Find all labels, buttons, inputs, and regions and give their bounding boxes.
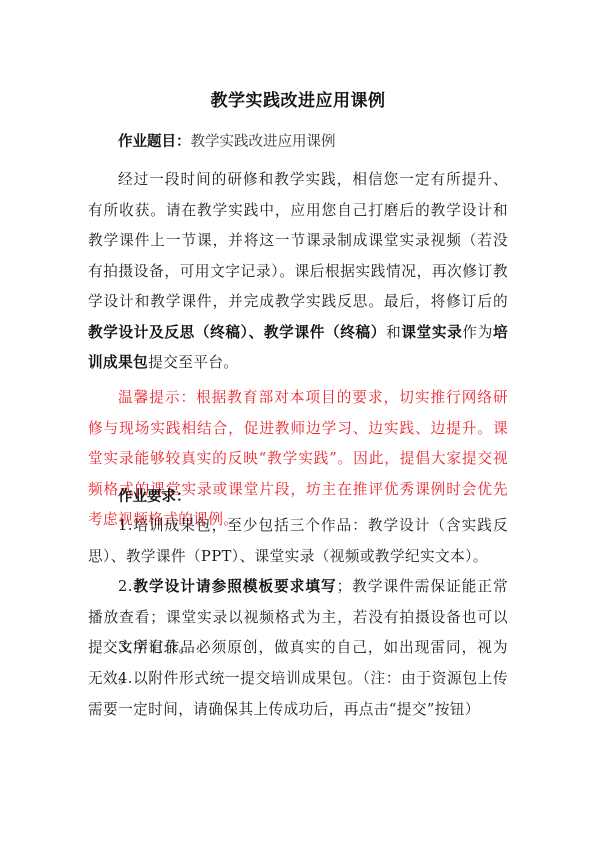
intro-paragraph: 经过一段时间的研修和教学实践，相信您一定有所提升、有所收获。请在教学实践中，应用… xyxy=(88,165,508,379)
intro-text: 经过一段时间的研修和教学实践，相信您一定有所提升、有所收获。请在教学实践中，应用… xyxy=(88,171,508,310)
intro-bold-design: 教学设计及反思（终稿）、教学课件（终稿） xyxy=(88,324,386,341)
intro-text-and: 和 xyxy=(386,324,401,341)
requirement-2-prefix: 2. xyxy=(118,578,133,595)
topic-value: 教学实践改进应用课例 xyxy=(191,134,336,150)
intro-text-end: 提交至平台。 xyxy=(148,354,238,371)
document-title: 教学实践改进应用课例 xyxy=(88,86,508,111)
requirements-heading: 作业要求： xyxy=(118,485,191,506)
requirement-item-1: 1.培训成果包，至少包括三个作品：教学设计（含实践反思）、教学课件（PPT）、课… xyxy=(88,511,508,572)
requirement-2-bold: 教学设计请参照模板要求填写 xyxy=(133,578,337,595)
assignment-topic: 作业题目：教学实践改进应用课例 xyxy=(118,130,336,151)
intro-text-as: 作为 xyxy=(462,324,493,341)
topic-label: 作业题目： xyxy=(118,134,191,150)
requirement-item-4: 4.以附件形式统一提交培训成果包。（注：由于资源包上传需要一定时间，请确保其上传… xyxy=(88,664,508,725)
intro-bold-record: 课堂实录 xyxy=(401,324,462,341)
